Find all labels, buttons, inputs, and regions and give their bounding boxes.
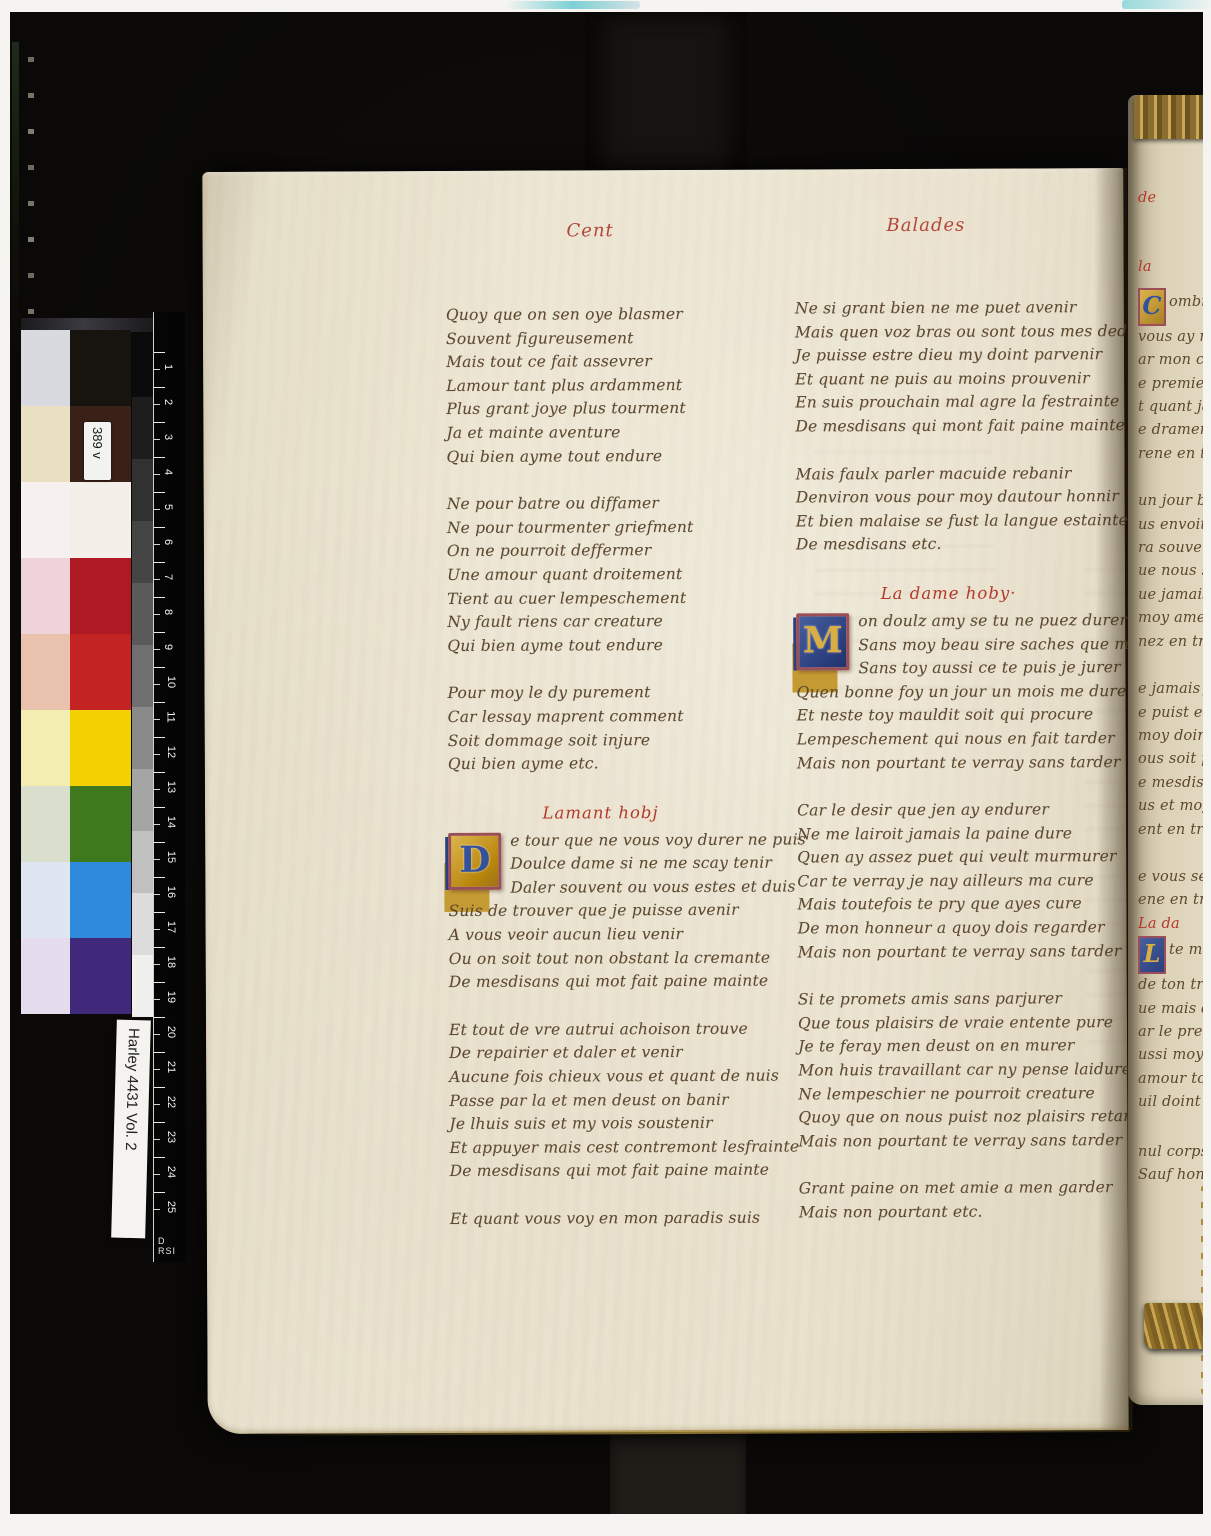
- stanza: Mais faulx parler macuide rebanirDenviro…: [796, 461, 1141, 557]
- verse-line: De mesdisans qui mot fait paine mainte: [449, 970, 794, 995]
- color-patch-row: [21, 710, 131, 786]
- verse-line: Mais non pourtant etc.: [799, 1200, 1144, 1225]
- facing-text-fragment: La da: [1138, 913, 1203, 936]
- gray-step: [132, 769, 153, 831]
- film-sprocket-mark: [28, 273, 34, 278]
- film-sprocket-mark: [28, 57, 34, 62]
- verse-line: On ne pourroit deffermer: [447, 539, 792, 564]
- rubric: La dame hoby·: [796, 580, 1101, 607]
- ruler-number: 17: [165, 921, 177, 933]
- facing-text-fragment: ue jamais so cu: [1138, 584, 1203, 607]
- ruler-tick: 5: [154, 492, 185, 527]
- ruler-number: 20: [165, 1026, 177, 1038]
- ruler-tick: 12: [154, 737, 185, 772]
- color-patch: [21, 862, 70, 938]
- text-column-right: Ne si grant bien ne me puet avenirMais q…: [795, 296, 1144, 1249]
- facing-text-fragment: la: [1138, 256, 1203, 279]
- verse-line: Passe par la et men deust on banir: [449, 1088, 794, 1113]
- stanza: Pour moy le dy purementCar lessay mapren…: [447, 681, 792, 777]
- ruler-tick: 17: [154, 912, 185, 947]
- verse-line: En suis prouchain mal agre la festrainte: [795, 390, 1140, 415]
- stanza: Mon doulz amy se tu ne puez durerSans mo…: [796, 609, 1142, 776]
- ruler-tick: 9: [154, 632, 185, 667]
- color-patch-row: [21, 634, 131, 710]
- verse-line: Ny fault riens car creature: [447, 610, 792, 635]
- verse-line: Tient au cuer lempeschement: [447, 586, 792, 611]
- verse-line: Quen ay assez puet qui veult murmurer: [797, 845, 1142, 870]
- gray-step: [132, 831, 153, 893]
- facing-text-fragment: us envoit dieu: [1138, 514, 1203, 537]
- facing-text-fragment: de ton tres gracie: [1138, 974, 1203, 997]
- ruler-number: 14: [165, 816, 177, 828]
- ruler-number: 22: [165, 1096, 177, 1108]
- gray-step: [132, 521, 153, 583]
- verse-line: Qui bien ayme tout endure: [446, 444, 791, 469]
- verse-line: Suis de trouver que je puisse avenir: [448, 899, 793, 924]
- grayscale-step-wedge: [132, 335, 153, 1017]
- stanza: Si te promets amis sans parjurerQue tous…: [798, 987, 1144, 1154]
- ruler-tick: 23: [154, 1122, 185, 1157]
- verse-line: Mais faulx parler macuide rebanir: [796, 461, 1141, 486]
- verse-line: Souvent figureusement: [446, 326, 791, 351]
- facing-text-fragment: rene en tre doul: [1138, 443, 1203, 466]
- facing-text-fragment: amour toute et ten: [1138, 1068, 1203, 1091]
- ruler-number: 2: [162, 399, 174, 405]
- facing-text-fragment: ra souvent lui lau: [1138, 537, 1203, 560]
- ruler-tick: 8: [154, 597, 185, 632]
- ruler-number: 21: [165, 1061, 177, 1073]
- verse-line: Je puisse estre dieu my doint parvenir: [795, 343, 1140, 368]
- ruler-number: 18: [165, 956, 177, 968]
- verse-line: Qui bien ayme etc.: [448, 752, 793, 777]
- ruler-number: 4: [162, 469, 174, 475]
- facing-text-fragment: ous soit pour moy a: [1138, 748, 1203, 771]
- color-patch: [21, 710, 70, 786]
- ruler-tick: 22: [154, 1087, 185, 1122]
- facing-text-fragment: ent en tre doulce: [1138, 819, 1203, 842]
- facing-page-text-fragments: delaCombien quevous ay mamar mon cuer et…: [1138, 139, 1203, 1187]
- verse-line: Quoy que on nous puist noz plaisirs reta…: [798, 1105, 1143, 1130]
- ruler-number: 25: [165, 1201, 177, 1213]
- ruler-tick: 3: [154, 422, 185, 457]
- color-calibration-card: [21, 330, 131, 1014]
- facing-text-fragment: ussi moy je te redon: [1138, 1044, 1203, 1067]
- ruler-number: 7: [162, 574, 174, 580]
- stanza: De tour que ne vous voy durer ne puisDou…: [448, 828, 794, 995]
- stanza: Grant paine on met amie a men garderMais…: [799, 1176, 1144, 1225]
- ruler-tick: 11: [154, 702, 185, 737]
- verse-line: Pour moy le dy purement: [447, 681, 792, 706]
- ruler-number: 13: [165, 781, 177, 793]
- color-patch-row: [21, 406, 131, 482]
- ruler-tick: 2: [154, 387, 185, 422]
- gray-step: [132, 459, 153, 521]
- verse-line: Ne si grant bien ne me puet avenir: [795, 296, 1140, 321]
- ruler-tick: 4: [154, 457, 185, 492]
- ruler-tick: 21: [154, 1052, 185, 1087]
- facing-text-fragment: uil doint joyeuse: [1138, 1091, 1203, 1114]
- verse-line: Aucune fois chieux vous et quant de nuis: [449, 1064, 794, 1089]
- color-patch: [70, 634, 131, 710]
- illuminated-initial: D: [448, 832, 501, 889]
- ruler-maker-text: D RSI: [158, 1236, 185, 1256]
- stanza: Et tout de vre autrui achoison trouveDe …: [449, 1017, 795, 1184]
- ruler-number: 10: [165, 676, 177, 688]
- facing-text-fragment: vous ay mam: [1138, 326, 1203, 349]
- verse-line: Mais quen voz bras ou sont tous mes dedu…: [795, 320, 1140, 345]
- verse-line: Quoy que on sen oye blasmer: [446, 302, 791, 327]
- book-strap-bottom: [610, 1428, 746, 1514]
- running-header-cent: Cent: [566, 220, 613, 241]
- color-patch: [70, 330, 131, 406]
- facing-text-fragment: e premier jour de: [1138, 373, 1203, 396]
- facing-text-fragment: ene en tre etc: [1138, 889, 1203, 912]
- verse-line: Ne pour tourmenter griefment: [447, 515, 792, 540]
- color-patch: [21, 938, 70, 1014]
- verse-line: Et quant vous voy en mon paradis suis: [450, 1206, 795, 1231]
- gray-step: [132, 583, 153, 645]
- color-patch-row: [21, 862, 131, 938]
- verse-line: Et neste toy mauldit soit qui procure: [797, 703, 1142, 728]
- facing-text-fragment: un jour bon an: [1138, 490, 1203, 513]
- verse-line: Ne me lairoit jamais la paine dure: [797, 822, 1142, 847]
- color-patch: [21, 482, 70, 558]
- facing-text-fragment: ar mon cuer et co: [1138, 349, 1203, 372]
- film-sprocket-mark: [28, 129, 34, 134]
- gray-step: [132, 707, 153, 769]
- facing-page-recto: delaCombien quevous ay mamar mon cuer et…: [1128, 95, 1203, 1405]
- facing-text-fragment: t quant jay ma d: [1138, 396, 1203, 419]
- facing-text-fragment: ar le premier jour: [1138, 1021, 1203, 1044]
- measurement-ruler: 1234567891011121314151617181920212223242…: [153, 312, 185, 1262]
- ruler-tick: 14: [154, 807, 185, 842]
- verse-line: Une amour quant droitement: [447, 562, 792, 587]
- book-strap-top: [585, 12, 747, 180]
- gray-step: [132, 397, 153, 459]
- illuminated-initial: L: [1138, 936, 1166, 974]
- running-header-balades: Balades: [886, 215, 965, 236]
- facing-text-fragment: e puist estre ne vous: [1138, 702, 1203, 725]
- ruler-tick: 19: [154, 982, 185, 1017]
- verse-line: Car le desir que jen ay endurer: [797, 798, 1142, 823]
- color-patch: [70, 710, 131, 786]
- verse-line: Mais non pourtant te verray sans tarder: [798, 1129, 1143, 1154]
- color-patch: [21, 406, 70, 482]
- facing-text-fragment: de: [1138, 187, 1203, 210]
- color-patch: [21, 786, 70, 862]
- folio-number-label: 389 v: [84, 422, 111, 480]
- verse-line: De repairier et daler et venir: [449, 1041, 794, 1066]
- verse-line: Si te promets amis sans parjurer: [798, 987, 1143, 1012]
- verse-line: Mais toutefois te pry que ayes cure: [797, 892, 1142, 917]
- color-patch-row: [21, 938, 131, 1014]
- verse-line: Et quant ne puis au moins prouvenir: [795, 367, 1140, 392]
- verse-line: Denviron vous pour moy dautour honnir: [796, 485, 1141, 510]
- ruler-tick: 20: [154, 1017, 185, 1052]
- gray-step: [132, 893, 153, 955]
- verse-line: Mais tout ce fait assevrer: [446, 350, 791, 375]
- gutter-shadow: [1093, 168, 1133, 1430]
- film-sprocket-mark: [28, 237, 34, 242]
- verse-line: Car te verray je nay ailleurs ma cure: [797, 869, 1142, 894]
- ruler-tick: 13: [154, 772, 185, 807]
- verse-line: Et appuyer mais cest contremont lesfrain…: [449, 1135, 794, 1160]
- color-patch: [70, 558, 131, 634]
- stanza: Et quant vous voy en mon paradis suis: [450, 1206, 795, 1231]
- verse-line: De mesdisans qui mot fait paine mainte: [450, 1159, 795, 1184]
- verse-line: Et bien malaise se fust la langue estain…: [796, 509, 1141, 534]
- verse-line: Qui bien ayme tout endure: [447, 633, 792, 658]
- film-scan-streak: [1122, 0, 1211, 9]
- stanza: Quoy que on sen oye blasmerSouvent figur…: [446, 302, 792, 469]
- stanza: Ne si grant bien ne me puet avenirMais q…: [795, 296, 1141, 439]
- facing-text-fragment: nul corps par tout: [1138, 1141, 1203, 1164]
- color-patch-row: [21, 482, 131, 558]
- verse-line: Car lessay maprent comment: [448, 704, 793, 729]
- text-column-left: Quoy que on sen oye blasmerSouvent figur…: [446, 302, 795, 1255]
- gray-step: [132, 645, 153, 707]
- stanza: Ne pour batre ou diffamerNe pour tourmen…: [447, 492, 793, 659]
- verse-line: Ne lempeschier ne pourroit creature: [798, 1082, 1143, 1107]
- film-sprocket-mark: [28, 165, 34, 170]
- facing-text-fragment: ue nous serons c: [1138, 560, 1203, 583]
- ruler-number: 5: [162, 504, 174, 510]
- verse-line: Lamour tant plus ardamment: [446, 373, 791, 398]
- ruler-tick: 1: [154, 352, 185, 387]
- verse-line: Que tous plaisirs de vraie entente pure: [798, 1011, 1143, 1036]
- color-patch: [70, 938, 131, 1014]
- verse-line: Mais non pourtant te verray sans tarder: [797, 750, 1142, 775]
- facing-text-fragment: e jamais jour no d: [1138, 678, 1203, 701]
- color-patch: [70, 786, 131, 862]
- ruler-number: 16: [165, 886, 177, 898]
- verse-line: De mesdisans qui mont fait paine mainte: [795, 414, 1140, 439]
- ruler-number: 24: [165, 1166, 177, 1178]
- manuscript-page-verso: Cent Balades Quoy que on sen oye blasmer…: [202, 168, 1128, 1434]
- illuminated-initial: C: [1138, 288, 1166, 326]
- film-scan-streak: [505, 1, 640, 9]
- facing-text-fragment: e vous servir ama: [1138, 866, 1203, 889]
- verse-line: A vous veoir aucun lieu venir: [449, 923, 794, 948]
- facing-text-fragment: nez en tre doula: [1138, 631, 1203, 654]
- ruler-tick: 25: [154, 1192, 185, 1227]
- ruler-tick: 18: [154, 947, 185, 982]
- color-patch: [70, 482, 131, 558]
- facing-text-fragment: moy amer tout: [1138, 607, 1203, 630]
- shelfmark-text: Harley 4431 Vol. 2: [122, 1028, 142, 1151]
- ruler-number: 1: [162, 364, 174, 370]
- ruler-number: 19: [165, 991, 177, 1003]
- facing-text-fragment: e mesdisans nayez: [1138, 772, 1203, 795]
- ruler-tick: 15: [154, 842, 185, 877]
- ruler-number: 15: [165, 851, 177, 863]
- verse-line: Soit dommage soit injure: [448, 728, 793, 753]
- gilt-tooled-top-edge: [1134, 95, 1203, 139]
- stanza: Car le desir que jen ay endurerNe me lai…: [797, 798, 1143, 965]
- ruler-number: 6: [162, 539, 174, 545]
- verse-line: Plus grant joye plus tourment: [446, 397, 791, 422]
- film-sprocket-mark: [28, 309, 34, 314]
- verse-line: Je te feray men deust on en murer: [798, 1034, 1143, 1059]
- facing-text-fragment: us et moy vo serf: [1138, 795, 1203, 818]
- shelfmark-label: Harley 4431 Vol. 2: [111, 1020, 151, 1239]
- color-patch: [21, 330, 70, 406]
- color-patch-row: [21, 330, 131, 406]
- ruler-tick: 16: [154, 877, 185, 912]
- gray-step: [132, 955, 153, 1017]
- verse-line: De mesdisans etc.: [796, 532, 1141, 557]
- ruler-tick: 6: [154, 527, 185, 562]
- photography-backdrop: 389 v Harley 4431 Vol. 2 123456789101112…: [10, 12, 1203, 1514]
- ruler-tick: 24: [154, 1157, 185, 1192]
- facing-text-fragment: Lte mercy bon et: [1138, 936, 1203, 974]
- manuscript-photograph: 389 v Harley 4431 Vol. 2 123456789101112…: [0, 0, 1211, 1536]
- verse-line: Lempeschement qui nous en fait tarder: [797, 727, 1142, 752]
- gilt-tooled-bottom-edge: [1144, 1303, 1203, 1349]
- verse-line: Ja et mainte aventure: [446, 420, 791, 445]
- film-sprocket-mark: [28, 201, 34, 206]
- verse-line: Ou on soit tout non obstant la cremante: [449, 946, 794, 971]
- gray-step: [132, 335, 153, 397]
- color-patch-row: [21, 786, 131, 862]
- ruler-number: 8: [162, 609, 174, 615]
- rubric: Lamant hobj: [448, 799, 753, 826]
- illuminated-initial: M: [796, 613, 849, 670]
- color-patch: [21, 558, 70, 634]
- film-sprocket-mark: [28, 93, 34, 98]
- gilt-dot-ornament: [1201, 1185, 1203, 1395]
- ruler-number: 11: [165, 711, 177, 722]
- facing-text-fragment: moy doint joye q: [1138, 725, 1203, 748]
- facing-text-fragment: Sauf honneur Je ta: [1138, 1164, 1203, 1187]
- verse-line: Mais non pourtant te verray sans tarder: [798, 940, 1143, 965]
- ruler-number: 9: [162, 644, 174, 650]
- ruler-number: 12: [165, 746, 177, 758]
- color-patch: [70, 862, 131, 938]
- ruler-tick: 10: [154, 667, 185, 702]
- color-patch-row: [21, 558, 131, 634]
- verse-line: Je lhuis suis et my vois soustenir: [449, 1112, 794, 1137]
- verse-line: Ne pour batre ou diffamer: [447, 492, 792, 517]
- film-edge-smudge: [12, 42, 19, 352]
- verse-line: De mon honneur a quoy dois regarder: [798, 916, 1143, 941]
- facing-text-fragment: ue mais de cest an no: [1138, 998, 1203, 1021]
- verse-line: Quen bonne foy un jour un mois me dure: [796, 680, 1141, 705]
- ruler-tick: 7: [154, 562, 185, 597]
- facing-text-fragment: Combien que: [1138, 288, 1203, 326]
- verse-line: Et tout de vre autrui achoison trouve: [449, 1017, 794, 1042]
- ruler-scale: 1234567891011121314151617181920212223242…: [154, 352, 185, 1227]
- verse-line: Mon huis travaillant car ny pense laidur…: [798, 1058, 1143, 1083]
- verse-line: Grant paine on met amie a men garder: [799, 1176, 1144, 1201]
- ruler-number: 23: [165, 1131, 177, 1143]
- ruler-number: 3: [162, 434, 174, 440]
- facing-text-fragment: e drament avec d: [1138, 419, 1203, 442]
- folio-number-text: 389 v: [90, 427, 105, 459]
- color-patch: [21, 634, 70, 710]
